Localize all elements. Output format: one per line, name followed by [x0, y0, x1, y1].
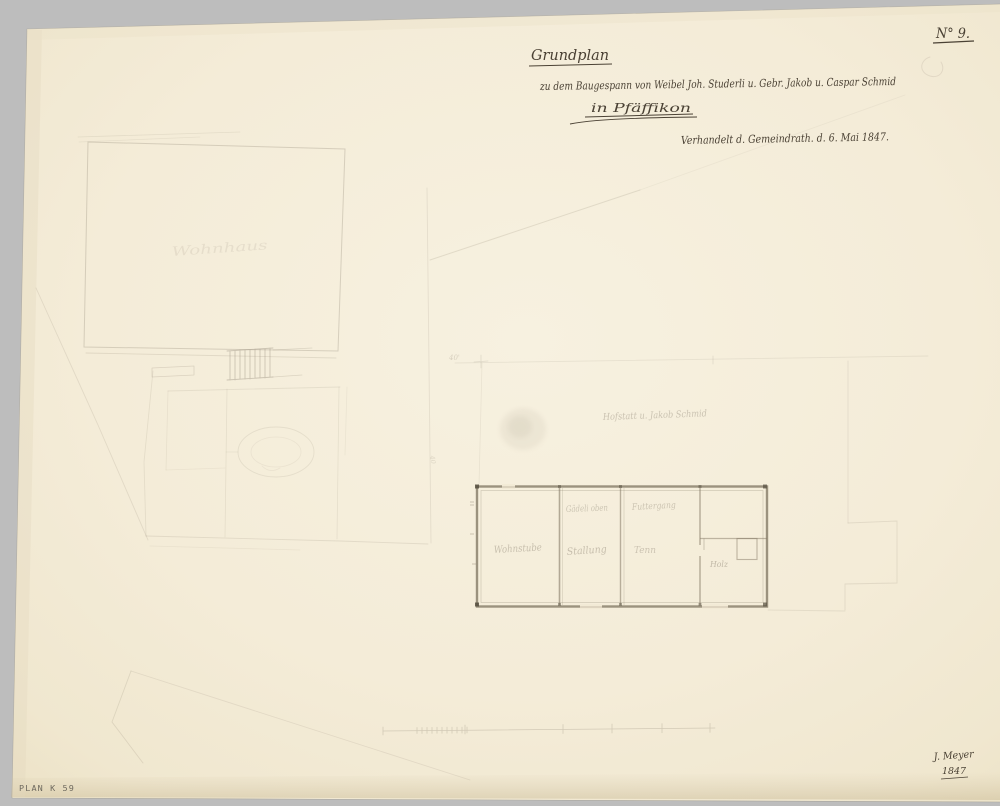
graphite-smudge-core — [508, 416, 532, 438]
dimension-annotation-1: 40' — [448, 354, 460, 362]
paper-sheet — [12, 4, 1000, 802]
plan-location: in Pfäffikon — [591, 100, 691, 115]
scanned-plan-page: N° 9. Grundplan zu dem Baugespann von We… — [0, 0, 1000, 806]
room-upper-label-2: Gädeli oben — [566, 504, 608, 515]
plan-title: Grundplan — [531, 46, 609, 64]
archive-stamp: PLAN K 59 — [19, 784, 75, 793]
room-label-3: Tenn — [634, 545, 656, 556]
sheet-number: N° 9. — [935, 26, 970, 42]
signature-year: 1847 — [942, 766, 967, 777]
room-label-4: Holz — [709, 560, 728, 570]
plan-drawing: N° 9. Grundplan zu dem Baugespann von We… — [0, 0, 1000, 806]
dimension-annotation-2: 40 — [428, 454, 437, 465]
